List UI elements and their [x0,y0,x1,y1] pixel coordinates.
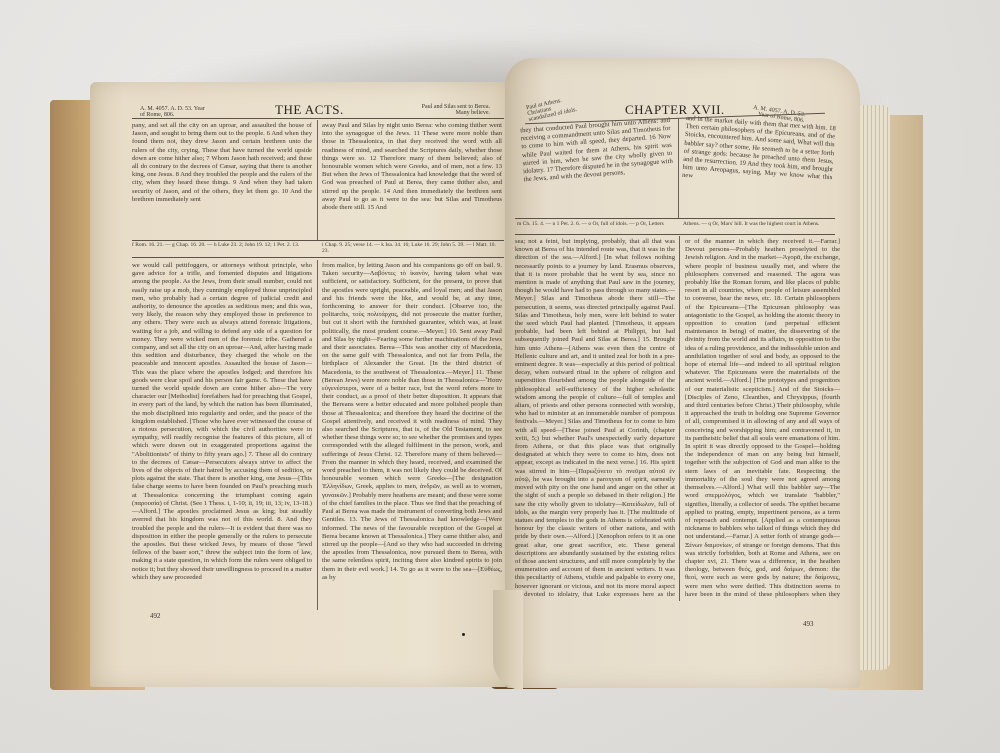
commentary-column-2: or of the manner in which they received … [685,238,840,598]
column-divider [317,260,318,610]
column-divider [679,236,680,601]
cross-references-1: m Ch. 15. 4. — n 1 Pet. 2. 6. — o Or, fu… [517,221,677,227]
commentary-column-2: from malice, by letting Jason and his co… [322,262,502,607]
scripture-column-2: and in the market daily with them that m… [680,115,836,215]
commentary-column-1: we would call pettifoggers, or attorneys… [132,262,312,607]
header-rule [132,118,504,119]
commentary-rule [515,234,835,235]
column-divider [317,120,318,240]
left-page: A. M. 4057. A. D. 53. Year of Rome, 806.… [90,82,510,687]
left-page-title: THE ACTS. [275,102,344,118]
commentary-column-1: sea; not a feint, but implying, probably… [515,238,675,598]
scripture-column-1: pany, and set all the city on an uproar,… [132,122,312,236]
right-page: Paul at Athens. Christians scandalized o… [505,58,860,688]
column-divider [678,118,679,218]
scripture-column-2: away Paul and Silas by night unto Berea:… [322,122,502,236]
cross-references-2: i Chap. 9. 25; verse 14. — k Isa. 34. 16… [322,242,502,254]
left-running-head-summary: Paul and Silas sent to Berea. Many belie… [410,104,490,116]
page-curl-gutter [493,590,523,690]
page-number-right: 493 [803,620,814,628]
crossref-rule [515,218,835,219]
right-running-head-summary: Paul at Athens. Christians scandalized o… [526,95,579,123]
page-number-left: 492 [150,612,161,620]
commentary-rule [132,257,504,258]
cross-references-1: f Rom. 16. 21. — g Chap. 16. 20. — h Luk… [132,242,312,248]
paper-speck [462,633,465,636]
scripture-column-1: they that conducted Paul brought him unt… [520,117,676,217]
left-running-head-date: A. M. 4057. A. D. 53. Year of Rome, 806. [140,106,210,118]
cross-references-2: Athens. — q Or, Mars' hill. It was the h… [683,221,833,227]
crossref-rule [132,240,504,241]
